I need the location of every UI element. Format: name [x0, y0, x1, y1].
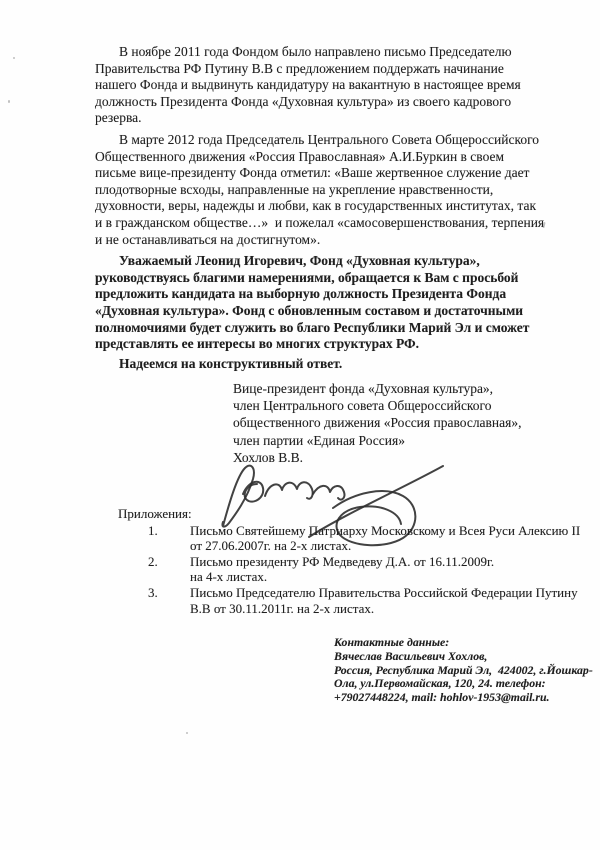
attachment-text: Письмо Святейшему Патриарху Московскому … [190, 523, 580, 553]
attachments-section: Приложения: 1. Письмо Святейшему Патриар… [118, 506, 588, 616]
attachment-item: 2. Письмо президенту РФ Медведеву Д.А. о… [118, 554, 588, 584]
scan-speck [8, 100, 10, 103]
paragraph-march-2012: В марте 2012 года Председатель Центральн… [95, 132, 565, 248]
attachment-number: 2. [148, 554, 190, 584]
attachments-label: Приложения: [118, 506, 588, 522]
paragraph-request: Уважаемый Леонид Игоревич, Фонд «Духовна… [95, 253, 565, 353]
scan-speck [13, 57, 15, 59]
paragraph-closing: Надеемся на конструктивный ответ. [95, 356, 565, 373]
attachment-number: 1. [148, 523, 190, 553]
paragraph-november-2011: В ноябре 2011 года Фондом было направлен… [95, 44, 565, 127]
letter-body: В ноябре 2011 года Фондом было направлен… [95, 44, 565, 372]
attachment-text: Письмо Председателю Правительства Россий… [190, 585, 578, 615]
attachment-text: Письмо президенту РФ Медведеву Д.А. от 1… [190, 554, 494, 584]
attachment-number: 3. [148, 585, 190, 615]
attachment-item: 3. Письмо Председателю Правительства Рос… [118, 585, 588, 615]
contact-details-block: Контактные данные: Вячеслав Васильевич Х… [334, 636, 584, 705]
scanned-letter-page: В ноябре 2011 года Фондом было направлен… [0, 0, 600, 850]
scan-speck [186, 732, 188, 734]
attachment-item: 1. Письмо Святейшему Патриарху Московско… [118, 523, 588, 553]
